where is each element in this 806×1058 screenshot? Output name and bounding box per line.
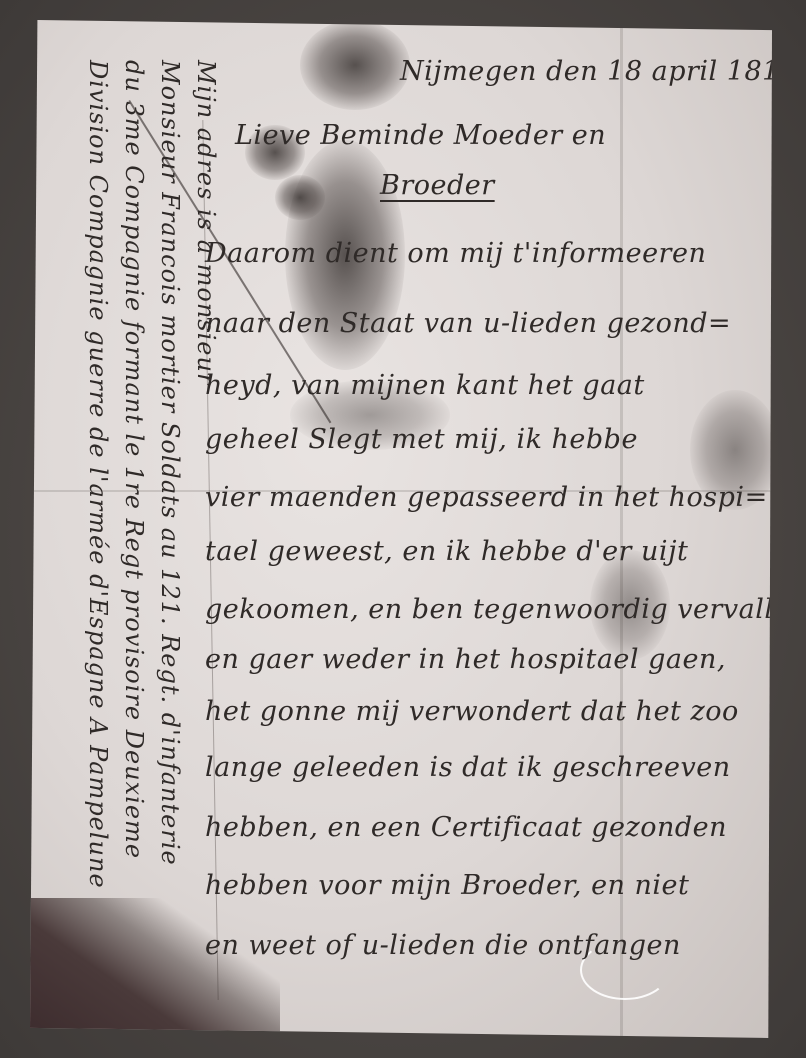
body-line-4: geheel Slegt met mij, ik hebbe — [205, 424, 638, 455]
body-line-2: naar den Staat van u-lieden gezond= — [205, 308, 731, 339]
ink-stain-top — [300, 20, 410, 110]
side-note-line-4: Division Compagnie guerre de l'armée d'E… — [84, 60, 112, 889]
salutation-line-1: Lieve Beminde Moeder en — [235, 120, 606, 151]
body-line-8: en gaer weder in het hospitael gaen, — [205, 644, 726, 675]
body-line-7: gekoomen, en ben tegenwoordig vervallen — [205, 594, 772, 625]
side-note-address: Mijn adres is a monsieur Monsieur Franco… — [40, 60, 220, 1038]
body-line-13: en weet of u-lieden die ontfangen — [205, 930, 681, 961]
scanned-letter-photo: Nijmegen den 18 april 1811 Lieve Beminde… — [0, 0, 806, 1058]
letter-paper: Nijmegen den 18 april 1811 Lieve Beminde… — [30, 20, 772, 1038]
body-line-5: vier maenden gepasseerd in het hospi= — [205, 482, 768, 513]
body-line-10: lange geleeden is dat ik geschreeven — [205, 752, 731, 783]
ink-stain-small-left-2 — [275, 175, 325, 220]
letter-date-line: Nijmegen den 18 april 1811 — [400, 56, 772, 87]
body-line-11: hebben, en een Certificaat gezonden — [205, 812, 727, 843]
body-line-12: hebben voor mijn Broeder, en niet — [205, 870, 689, 901]
body-line-6: tael geweest, en ik hebbe d'er uijt — [205, 536, 688, 567]
body-line-3: heyd, van mijnen kant het gaat — [205, 370, 645, 401]
side-note-line-2: Monsieur Francois mortier Soldats au 121… — [156, 60, 184, 866]
body-line-9: het gonne mij verwondert dat het zoo — [205, 696, 739, 727]
side-note-line-3: du 3me Compagnie formant le 1re Regt pro… — [120, 60, 148, 859]
side-note-line-1: Mijn adres is a monsieur — [192, 60, 220, 385]
body-line-1: Daarom dient om mij t'informeeren — [205, 238, 706, 269]
salutation-line-2: Broeder — [380, 170, 495, 201]
